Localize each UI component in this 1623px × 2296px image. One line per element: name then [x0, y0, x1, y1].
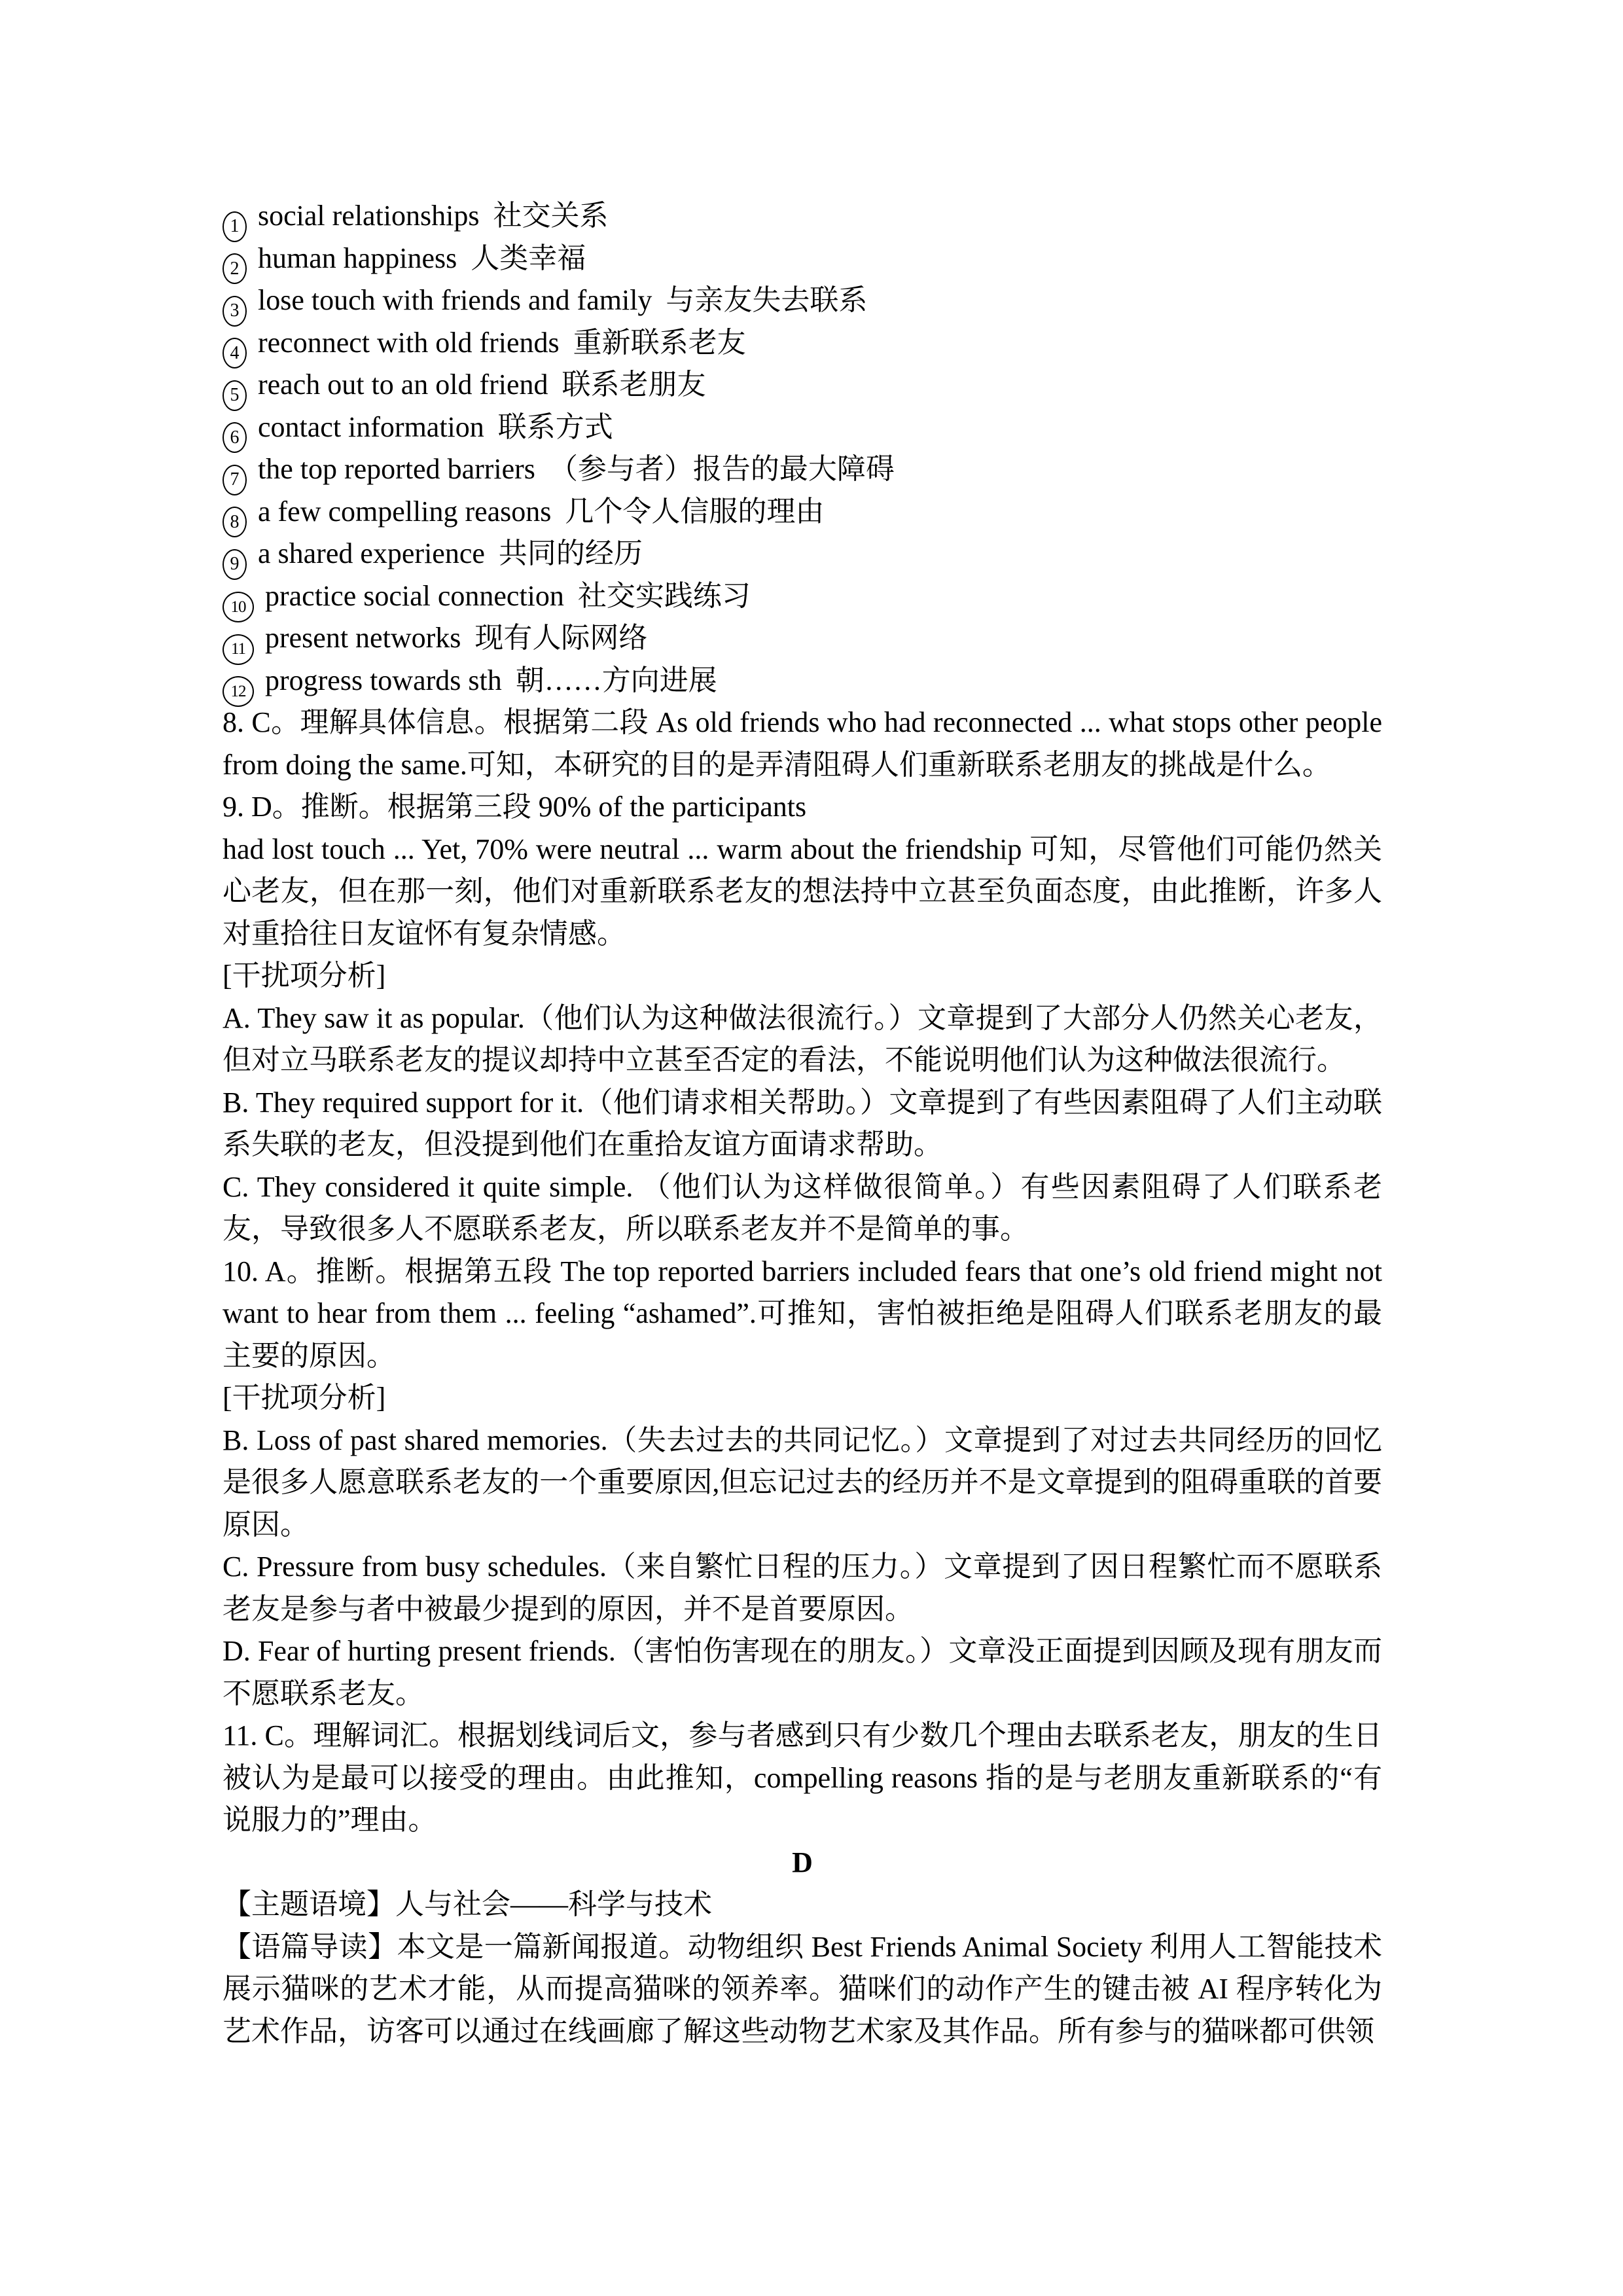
- phrase-item: 6contact information联系方式: [223, 406, 1382, 449]
- phrase-english: progress towards sth: [265, 664, 502, 696]
- phrase-english: a few compelling reasons: [258, 495, 551, 528]
- phrase-list: 1social relationships社交关系 2human happine…: [223, 195, 1382, 702]
- paragraph-text: C. Pressure from busy schedules.（来自繁忙日程的…: [223, 1551, 1382, 1625]
- phrase-chinese: 联系方式: [498, 411, 613, 443]
- phrase-item: 12progress towards sth朝……方向进展: [223, 660, 1382, 702]
- phrase-english: lose touch with friends and family: [258, 284, 652, 316]
- paragraph-label: 【语篇导读】: [223, 1931, 397, 1963]
- phrase-english: reach out to an old friend: [258, 368, 548, 401]
- phrase-item: 8a few compelling reasons几个令人信服的理由: [223, 491, 1382, 533]
- phrase-item: 2human happiness人类幸福: [223, 238, 1382, 280]
- paragraph: C. Pressure from busy schedules.（来自繁忙日程的…: [223, 1546, 1382, 1630]
- paragraph-text: D. Fear of hurting present friends.（害怕伤害…: [223, 1635, 1382, 1710]
- paragraph-text: 11. C。理解词汇。根据划线词后文，参与者感到只有少数几个理由去联系老友，朋友…: [223, 1719, 1382, 1836]
- phrase-chinese: 共同的经历: [499, 537, 643, 569]
- phrase-chinese: 社交关系: [493, 200, 609, 232]
- phrase-chinese: 几个令人信服的理由: [565, 495, 824, 528]
- paragraph-text: C. They considered it quite simple. （他们认…: [223, 1171, 1382, 1246]
- paragraph-text: 8. C。理解具体信息。根据第二段 As old friends who had…: [223, 706, 1382, 781]
- phrase-english: present networks: [265, 622, 461, 654]
- paragraph-text: A. They saw it as popular.（他们认为这种做法很流行。）…: [223, 1002, 1382, 1077]
- phrase-item: 10practice social connection社交实践练习: [223, 575, 1382, 618]
- paragraph-text: 9. D。推断。根据第三段 90% of the participants: [223, 791, 806, 823]
- phrase-item: 3lose touch with friends and family与亲友失去…: [223, 279, 1382, 322]
- paragraph-text: 本文是一篇新闻报道。动物组织 Best Friends Animal Socie…: [223, 1931, 1382, 2047]
- paragraph-text: [干扰项分析]: [223, 1382, 385, 1414]
- phrase-item: 1social relationships社交关系: [223, 195, 1382, 238]
- paragraph-text: B. They required support for it.（他们请求相关帮…: [223, 1086, 1382, 1161]
- phrase-english: human happiness: [258, 242, 457, 274]
- paragraph: 9. D。推断。根据第三段 90% of the participants: [223, 786, 1382, 829]
- phrase-item: 11present networks现有人际网络: [223, 617, 1382, 660]
- paragraph: A. They saw it as popular.（他们认为这种做法很流行。）…: [223, 997, 1382, 1082]
- paragraph: 【语篇导读】本文是一篇新闻报道。动物组织 Best Friends Animal…: [223, 1926, 1382, 2053]
- section-heading: D: [223, 1842, 1382, 1884]
- paragraph-text: [干扰项分析]: [223, 960, 385, 992]
- phrase-chinese: 与亲友失去联系: [666, 284, 867, 316]
- phrase-english: practice social connection: [265, 580, 564, 612]
- paragraph: had lost touch ... Yet, 70% were neutral…: [223, 829, 1382, 956]
- phrase-chinese: 重新联系老友: [573, 327, 746, 359]
- paragraph-text: 人与社会——科学与技术: [395, 1888, 712, 1920]
- phrase-item: 4reconnect with old friends重新联系老友: [223, 322, 1382, 365]
- content-area: 1social relationships社交关系 2human happine…: [223, 195, 1382, 2053]
- paragraph: B. Loss of past shared memories.（失去过去的共同…: [223, 1420, 1382, 1547]
- paragraph-text: 10. A。推断。根据第五段 The top reported barriers…: [223, 1255, 1382, 1372]
- phrase-item: 7the top reported barriers（参与者）报告的最大障碍: [223, 448, 1382, 491]
- paragraph: [干扰项分析]: [223, 1377, 1382, 1420]
- paragraph-label: 【主题语境】: [223, 1888, 395, 1920]
- paragraph: D. Fear of hurting present friends.（害怕伤害…: [223, 1630, 1382, 1715]
- phrase-english: contact information: [258, 411, 484, 443]
- phrase-english: reconnect with old friends: [258, 327, 560, 359]
- phrase-chinese: 朝……方向进展: [516, 664, 717, 696]
- phrase-chinese: 现有人际网络: [474, 622, 647, 654]
- phrase-english: social relationships: [258, 200, 480, 232]
- phrase-english: the top reported barriers: [258, 453, 535, 485]
- phrase-chinese: 社交实践练习: [578, 580, 751, 612]
- paragraph: 11. C。理解词汇。根据划线词后文，参与者感到只有少数几个理由去联系老友，朋友…: [223, 1715, 1382, 1842]
- document-page: 1social relationships社交关系 2human happine…: [0, 0, 1623, 2296]
- phrase-item: 5reach out to an old friend联系老朋友: [223, 364, 1382, 406]
- phrase-chinese: 联系老朋友: [562, 368, 706, 401]
- paragraph-text: D: [792, 1846, 813, 1878]
- phrase-item: 9a shared experience共同的经历: [223, 533, 1382, 575]
- phrase-english: a shared experience: [258, 537, 485, 569]
- paragraph: [干扰项分析]: [223, 955, 1382, 997]
- paragraph: C. They considered it quite simple. （他们认…: [223, 1166, 1382, 1251]
- phrase-chinese: （参与者）报告的最大障碍: [549, 453, 895, 485]
- paragraph: 10. A。推断。根据第五段 The top reported barriers…: [223, 1251, 1382, 1378]
- paragraph: B. They required support for it.（他们请求相关帮…: [223, 1082, 1382, 1166]
- phrase-chinese: 人类幸福: [471, 242, 586, 274]
- paragraph-list: 8. C。理解具体信息。根据第二段 As old friends who had…: [223, 702, 1382, 2053]
- paragraph-text: B. Loss of past shared memories.（失去过去的共同…: [223, 1424, 1382, 1541]
- paragraph: 【主题语境】人与社会——科学与技术: [223, 1884, 1382, 1926]
- paragraph: 8. C。理解具体信息。根据第二段 As old friends who had…: [223, 702, 1382, 786]
- paragraph-text: had lost touch ... Yet, 70% were neutral…: [223, 833, 1382, 950]
